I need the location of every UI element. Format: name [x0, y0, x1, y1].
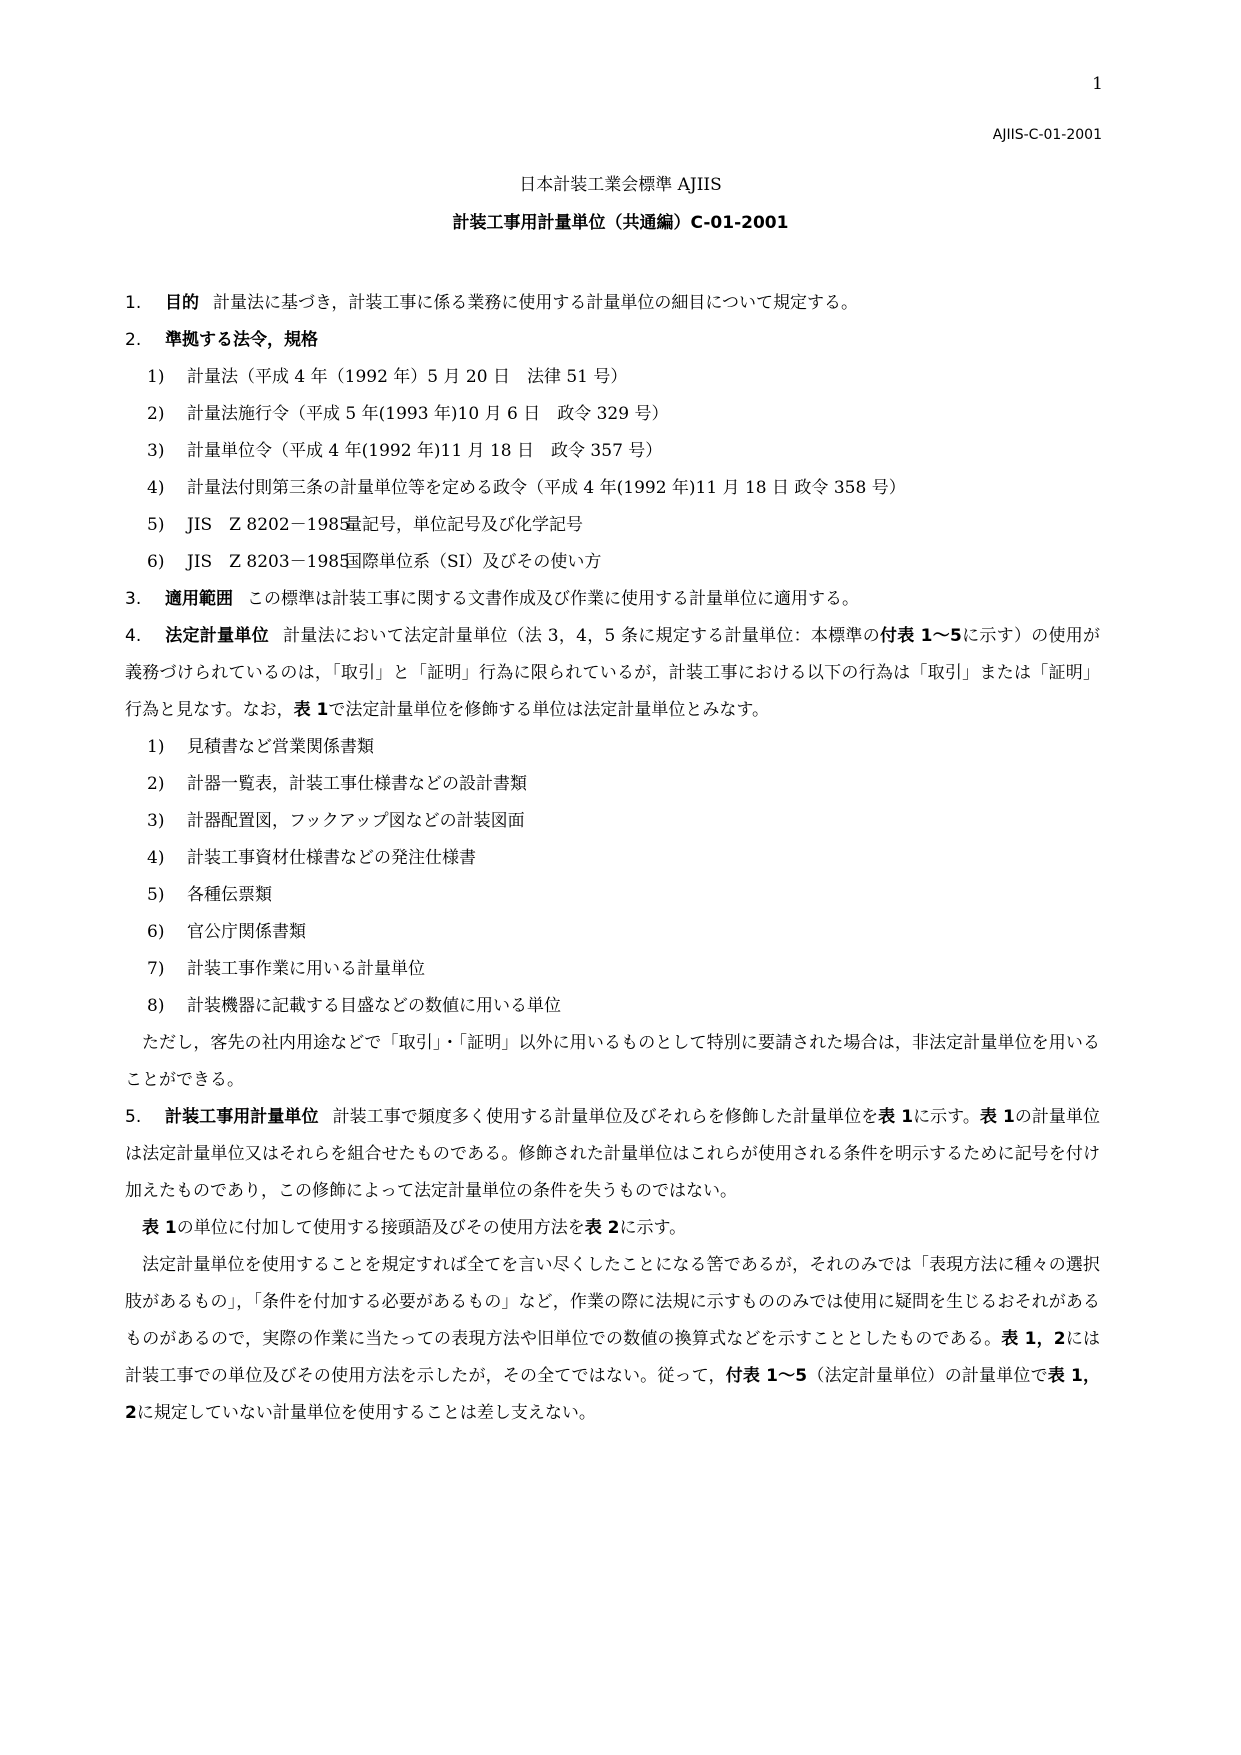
jis-code: JIS Z 8203－1985 [187, 544, 345, 581]
section-number: 3. [125, 581, 165, 618]
document-body: 1.目的計量法に基づき，計装工事に係る業務に使用する計量単位の細目について規定す… [125, 285, 1100, 1432]
section-number: 1. [125, 285, 165, 322]
list-item: 5)各種伝票類 [125, 877, 1100, 914]
list-item: 2)計量法施行令（平成 5 年(1993 年)10 月 6 日 政令 329 号… [125, 396, 1100, 433]
section-heading: 準拠する法令，規格 [165, 330, 318, 350]
org-standard-header: 日本計装工業会標準 AJIIS [0, 170, 1241, 195]
section-3: 3.適用範囲この標準は計装工事に関する文書作成及び作業に使用する計量単位に適用す… [125, 581, 1100, 618]
list-item: 1)計量法（平成 4 年（1992 年）5 月 20 日 法律 51 号） [125, 359, 1100, 396]
list-item: 8)計装機器に記載する目盛などの数値に用いる単位 [125, 988, 1100, 1025]
list-item: 1)見積書など営業関係書類 [125, 729, 1100, 766]
section-heading: 目的 [165, 293, 199, 313]
list-item: 6)官公庁関係書類 [125, 914, 1100, 951]
section-2: 2.準拠する法令，規格 [125, 322, 1100, 359]
page-number: 1 [1092, 74, 1103, 94]
table-reference: 表 1 [980, 1107, 1015, 1127]
list-item: 4)計装工事資材仕様書などの発注仕様書 [125, 840, 1100, 877]
list-item: 7)計装工事作業に用いる計量単位 [125, 951, 1100, 988]
table-reference: 付表 1～5 [880, 626, 962, 646]
section-5-paragraph-3: 法定計量単位を使用することを規定すれば全てを言い尽くしたことになる筈であるが，そ… [125, 1247, 1100, 1432]
section-number: 4. [125, 618, 165, 655]
section-heading: 適用範囲 [165, 589, 233, 609]
table-reference: 表 1，2 [1001, 1329, 1065, 1349]
list-item: 4)計量法付則第三条の計量単位等を定める政令（平成 4 年(1992 年)11 … [125, 470, 1100, 507]
list-item: 6)JIS Z 8203－1985国際単位系（SI）及びその使い方 [125, 544, 1100, 581]
section-text: 計量法に基づき，計装工事に係る業務に使用する計量単位の細目について規定する。 [213, 293, 858, 313]
table-reference: 表 2 [585, 1218, 620, 1238]
table-reference: 表 1 [142, 1218, 177, 1238]
list-item: 2)計器一覧表，計装工事仕様書などの設計書類 [125, 766, 1100, 803]
document-code: AJIIS-C-01-2001 [993, 127, 1102, 143]
section-4-note: ただし，客先の社内用途などで「取引」・「証明」以外に用いるものとして特別に要請さ… [125, 1025, 1100, 1099]
section-1: 1.目的計量法に基づき，計装工事に係る業務に使用する計量単位の細目について規定す… [125, 285, 1100, 322]
section-heading: 法定計量単位 [165, 626, 269, 646]
section-number: 5. [125, 1099, 165, 1136]
section-5: 5.計装工事用計量単位計装工事で頻度多く使用する計量単位及びそれらを修飾した計量… [125, 1099, 1100, 1210]
table-reference: 付表 1～5 [726, 1366, 807, 1386]
list-item: 5)JIS Z 8202－1985量記号，単位記号及び化学記号 [125, 507, 1100, 544]
document-title: 計装工事用計量単位（共通編）C-01-2001 [0, 208, 1241, 233]
list-item: 3)計器配置図，フックアップ図などの計装図面 [125, 803, 1100, 840]
section-text: この標準は計装工事に関する文書作成及び作業に使用する計量単位に適用する。 [247, 589, 859, 609]
list-item: 3)計量単位令（平成 4 年(1992 年)11 月 18 日 政令 357 号… [125, 433, 1100, 470]
table-reference: 表 1 [294, 700, 329, 720]
table-reference: 表 1 [878, 1107, 913, 1127]
section-5-paragraph-2: 表 1の単位に付加して使用する接頭語及びその使用方法を表 2に示す。 [125, 1210, 1100, 1247]
section-4: 4.法定計量単位計量法において法定計量単位（法 3，4，5 条に規定する計量単位… [125, 618, 1100, 729]
section-heading: 計装工事用計量単位 [165, 1107, 319, 1127]
section-number: 2. [125, 322, 165, 359]
jis-code: JIS Z 8202－1985 [187, 507, 345, 544]
